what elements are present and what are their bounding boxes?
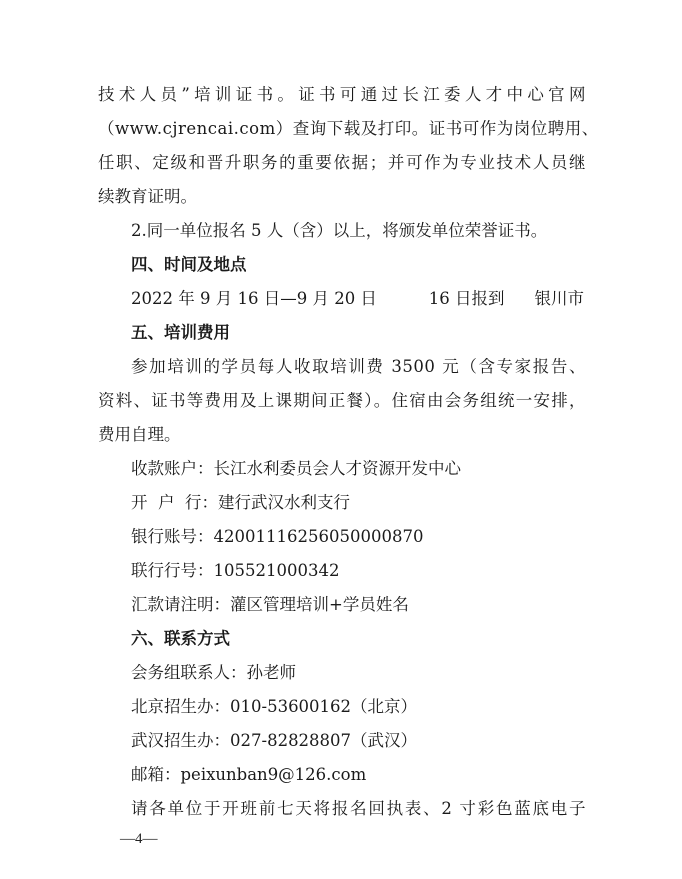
date-range: 2022 年 9 月 16 日—9 月 20 日 [131,282,377,316]
wuhan-office-phone: 武汉招生办：027-82828807（武汉） [98,724,586,758]
bank-branch: 开 户 行：建行武汉水利支行 [98,486,586,520]
location: 银川市 [535,282,585,316]
document-page: 技术人员”培训证书。证书可通过长江委人才中心官网 （www.cjrencai.c… [98,78,586,826]
cert-paragraph-line-3: 任职、定级和晋升职务的重要依据；并可作为专业技术人员继 [98,146,586,180]
account-number: 银行账号：42001116256050000870 [98,520,586,554]
cert-paragraph-line-4: 续教育证明。 [98,180,586,214]
item-2-honor-certificate: 2.同一单位报名 5 人（含）以上，将颁发单位荣誉证书。 [98,214,586,248]
check-in-date: 16 日报到 [429,282,505,316]
remittance-note: 汇款请注明：灌区管理培训+学员姓名 [98,588,586,622]
section-6-heading: 六、联系方式 [98,622,586,656]
contact-person: 会务组联系人：孙老师 [98,656,586,690]
section-5-heading: 五、培训费用 [98,316,586,350]
fee-line-1: 参加培训的学员每人收取培训费 3500 元（含专家报告、 [98,350,586,384]
bank-code: 联行行号：105521000342 [98,554,586,588]
cert-paragraph-line-2: （www.cjrencai.com）查询下载及打印。证书可作为岗位聘用、 [98,112,586,146]
page-number: —4— [120,831,158,848]
fee-line-3: 费用自理。 [98,418,586,452]
beijing-office-phone: 北京招生办：010-53600162（北京） [98,690,586,724]
fee-line-2: 资料、证书等费用及上课期间正餐）。住宿由会务组统一安排， [98,384,586,418]
submission-instruction: 请各单位于开班前七天将报名回执表、2 寸彩色蓝底电子 [98,792,586,826]
section-4-heading: 四、时间及地点 [98,248,586,282]
cert-paragraph-line-1: 技术人员”培训证书。证书可通过长江委人才中心官网 [98,78,586,112]
contact-email: 邮箱：peixunban9@126.com [98,758,586,792]
account-name: 收款账户：长江水利委员会人才资源开发中心 [98,452,586,486]
section-4-time-place-row: 2022 年 9 月 16 日—9 月 20 日 16 日报到 银川市 [98,282,586,316]
